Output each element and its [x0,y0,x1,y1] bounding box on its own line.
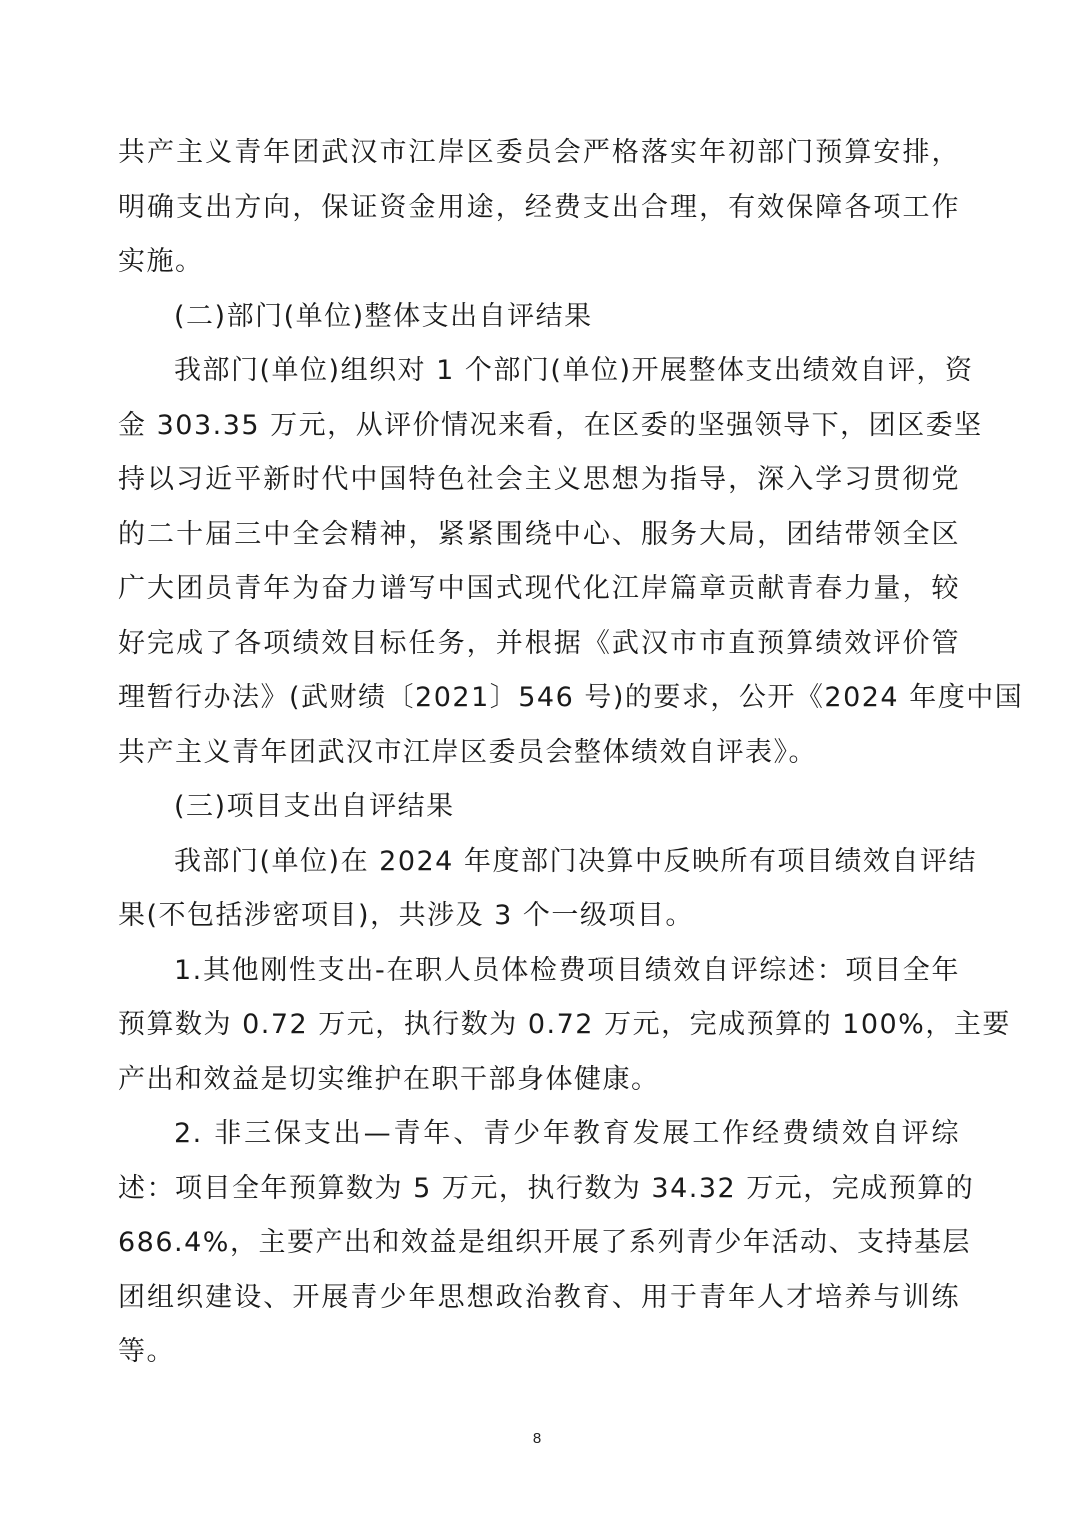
text-line: 我部门(单位)组织对 1 个部门(单位)开展整体支出绩效自评，资 [118,344,960,399]
text-line: 理暂行办法》(武财绩〔2021〕546 号)的要求，公开《2024 年度中国 [118,671,960,726]
text-line: 2. 非三保支出—青年、青少年教育发展工作经费绩效自评综 [118,1107,960,1162]
text-line: 共产主义青年团武汉市江岸区委员会整体绩效自评表》。 [118,726,960,781]
text-line: 持以习近平新时代中国特色社会主义思想为指导，深入学习贯彻党 [118,453,960,508]
document-page: 共产主义青年团武汉市江岸区委员会严格落实年初部门预算安排， 明确支出方向，保证资… [118,126,960,1380]
text-line: 好完成了各项绩效目标任务，并根据《武汉市市直预算绩效评价管 [118,617,960,672]
text-line: 686.4%，主要产出和效益是组织开展了系列青少年活动、支持基层 [118,1216,960,1271]
text-line: 等。 [118,1325,960,1380]
text-line: 明确支出方向，保证资金用途，经费支出合理，有效保障各项工作 [118,181,960,236]
text-line: 产出和效益是切实维护在职干部身体健康。 [118,1053,960,1108]
section-heading-2: (二)部门(单位)整体支出自评结果 [118,290,960,345]
text-line: 共产主义青年团武汉市江岸区委员会严格落实年初部门预算安排， [118,126,960,181]
text-line: 团组织建设、开展青少年思想政治教育、用于青年人才培养与训练 [118,1271,960,1326]
text-line: 金 303.35 万元，从评价情况来看，在区委的坚强领导下，团区委坚 [118,399,960,454]
text-line: 实施。 [118,235,960,290]
section-heading-3: (三)项目支出自评结果 [118,780,960,835]
text-line: 1.其他刚性支出-在职人员体检费项目绩效自评综述：项目全年 [118,944,960,999]
page-number: 8 [0,1430,1074,1447]
text-line: 我部门(单位)在 2024 年度部门决算中反映所有项目绩效自评结 [118,835,960,890]
text-line: 述：项目全年预算数为 5 万元，执行数为 34.32 万元，完成预算的 [118,1162,960,1217]
text-line: 果(不包括涉密项目)，共涉及 3 个一级项目。 [118,889,960,944]
text-line: 广大团员青年为奋力谱写中国式现代化江岸篇章贡献青春力量，较 [118,562,960,617]
text-line: 预算数为 0.72 万元，执行数为 0.72 万元，完成预算的 100%，主要 [118,998,960,1053]
text-line: 的二十届三中全会精神，紧紧围绕中心、服务大局，团结带领全区 [118,508,960,563]
